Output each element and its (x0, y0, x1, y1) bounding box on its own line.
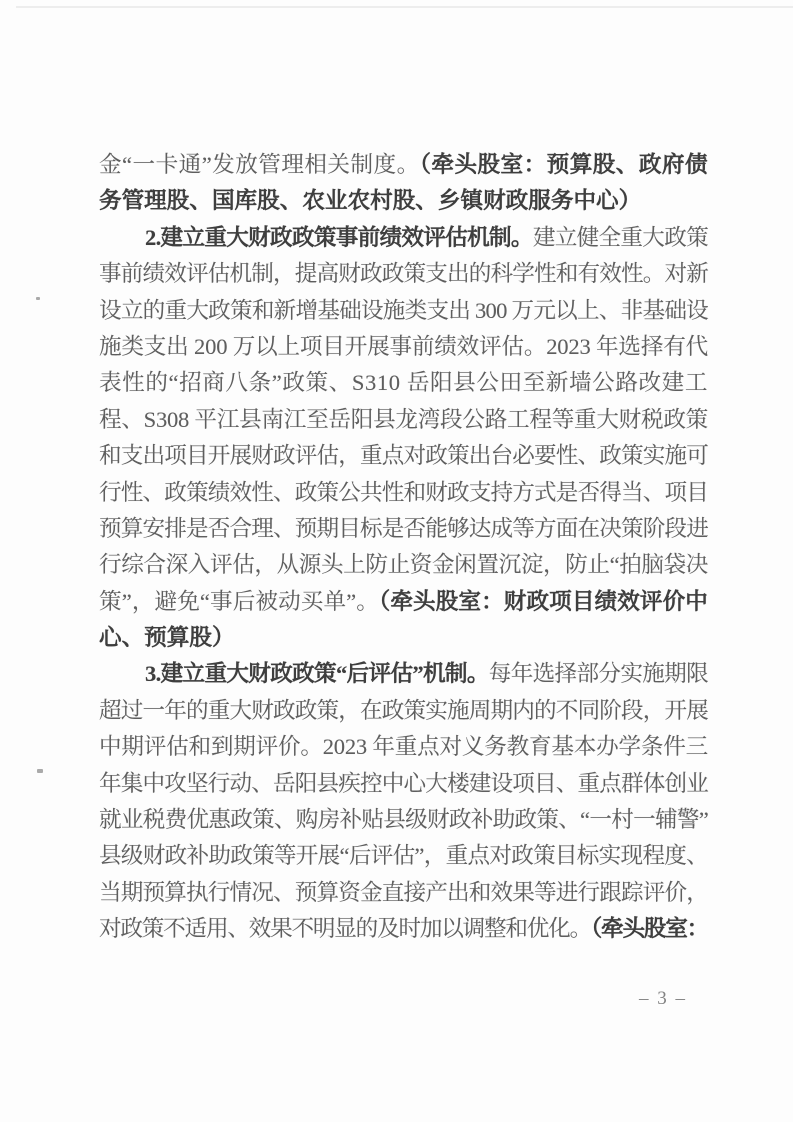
text-line: 金“一卡通”发放管理相关制度。（牵头股室：预算股、政府债 (99, 147, 708, 183)
text-line: 当期预算执行情况、预算资金直接产出和效果等进行跟踪评价， (99, 875, 708, 911)
text-line: 策”，避免“事后被动买单”。（牵头股室：财政项目绩效评价中 (99, 584, 708, 620)
scan-speck (36, 297, 40, 300)
text-segment: 就业税费优惠政策、购房补贴县级财政补助政策、“一村一辅警” (99, 807, 708, 832)
text-segment: 每年选择部分实施期限 (489, 661, 708, 686)
text-line: 程、S308 平江县南江至岳阳县龙湾段公路工程等重大财税政策 (99, 402, 708, 438)
scanned-document-page: { "document": { "footer": { "page_label"… (0, 0, 793, 1122)
text-segment: 建立健全重大政策 (533, 225, 708, 250)
text-line: 设立的重大政策和新增基础设施类支出 300 万元以上、非基础设 (99, 293, 708, 329)
bold-text-segment: （牵头股室：预算股、政府债 (420, 152, 708, 177)
text-line: 施类支出 200 万以上项目开展事前绩效评估。2023 年选择有代 (99, 329, 708, 365)
text-segment: 中期评估和到期评价。2023 年重点对义务教育基本办学条件三 (99, 734, 708, 759)
text-segment: 和支出项目开展财政评估，重点对政策出台必要性、政策实施可 (99, 443, 708, 468)
text-line: 行性、政策绩效性、政策公共性和财政支持方式是否得当、项目 (99, 475, 708, 511)
text-segment: 行综合深入评估，从源头上防止资金闲置沉淀，防止“拍脑袋决 (99, 552, 708, 577)
text-segment: 表性的“招商八条”政策、S310 岳阳县公田至新墙公路改建工 (99, 370, 708, 395)
bold-text-segment: 心、预算股） (99, 625, 235, 650)
text-segment: 金“一卡通”发放管理相关制度。 (99, 152, 420, 177)
text-segment: 事前绩效评估机制，提高财政政策支出的科学性和有效性。对新 (99, 261, 708, 286)
text-segment: 超过一年的重大财政政策，在政策实施周期内的不同阶段，开展 (99, 698, 708, 723)
text-line: 2.建立重大财政政策事前绩效评估机制。建立健全重大政策 (99, 220, 708, 256)
bold-text-segment: （牵头股室：财政项目绩效评价中 (379, 589, 708, 614)
text-line: 年集中攻坚行动、岳阳县疾控中心大楼建设项目、重点群体创业 (99, 766, 708, 802)
text-line: 对政策不适用、效果不明显的及时加以调整和优化。（牵头股室： (99, 911, 708, 947)
page-number: – 3 – (639, 988, 687, 1010)
text-line: 务管理股、国库股、农业农村股、乡镇财政服务中心） (99, 183, 708, 219)
text-segment: 设立的重大政策和新增基础设施类支出 300 万元以上、非基础设 (99, 298, 708, 323)
text-line: 就业税费优惠政策、购房补贴县级财政补助政策、“一村一辅警” (99, 802, 708, 838)
text-segment: 年集中攻坚行动、岳阳县疾控中心大楼建设项目、重点群体创业 (99, 771, 708, 796)
bold-text-segment: 务管理股、国库股、农业农村股、乡镇财政服务中心） (99, 188, 641, 213)
text-line: 中期评估和到期评价。2023 年重点对义务教育基本办学条件三 (99, 729, 708, 765)
text-line: 和支出项目开展财政评估，重点对政策出台必要性、政策实施可 (99, 438, 708, 474)
bold-text-segment: 3.建立重大财政政策“后评估”机制。 (145, 661, 489, 686)
bold-text-segment: 2.建立重大财政政策事前绩效评估机制。 (145, 225, 533, 250)
text-segment: 程、S308 平江县南江至岳阳县龙湾段公路工程等重大财税政策 (99, 407, 708, 432)
scan-edge-artifact (16, 6, 793, 8)
bold-text-segment: （牵头股室： (591, 916, 708, 941)
text-line: 表性的“招商八条”政策、S310 岳阳县公田至新墙公路改建工 (99, 365, 708, 401)
document-body-text: 金“一卡通”发放管理相关制度。（牵头股室：预算股、政府债务管理股、国库股、农业农… (99, 147, 708, 948)
text-segment: 对政策不适用、效果不明显的及时加以调整和优化。 (99, 916, 591, 941)
text-line: 事前绩效评估机制，提高财政政策支出的科学性和有效性。对新 (99, 256, 708, 292)
text-line: 预算安排是否合理、预期目标是否能够达成等方面在决策阶段进 (99, 511, 708, 547)
text-segment: 行性、政策绩效性、政策公共性和财政支持方式是否得当、项目 (99, 480, 708, 505)
text-line: 县级财政补助政策等开展“后评估”，重点对政策目标实现程度、 (99, 838, 708, 874)
text-line: 心、预算股） (99, 620, 708, 656)
text-line: 行综合深入评估，从源头上防止资金闲置沉淀，防止“拍脑袋决 (99, 547, 708, 583)
text-segment: 策”，避免“事后被动买单”。 (99, 589, 379, 614)
text-segment: 县级财政补助政策等开展“后评估”，重点对政策目标实现程度、 (99, 843, 708, 868)
text-line: 3.建立重大财政政策“后评估”机制。每年选择部分实施期限 (99, 656, 708, 692)
text-segment: 预算安排是否合理、预期目标是否能够达成等方面在决策阶段进 (99, 516, 708, 541)
scan-speck (37, 769, 43, 773)
text-segment: 当期预算执行情况、预算资金直接产出和效果等进行跟踪评价， (99, 880, 708, 905)
text-line: 超过一年的重大财政政策，在政策实施周期内的不同阶段，开展 (99, 693, 708, 729)
text-segment: 施类支出 200 万以上项目开展事前绩效评估。2023 年选择有代 (99, 334, 708, 359)
